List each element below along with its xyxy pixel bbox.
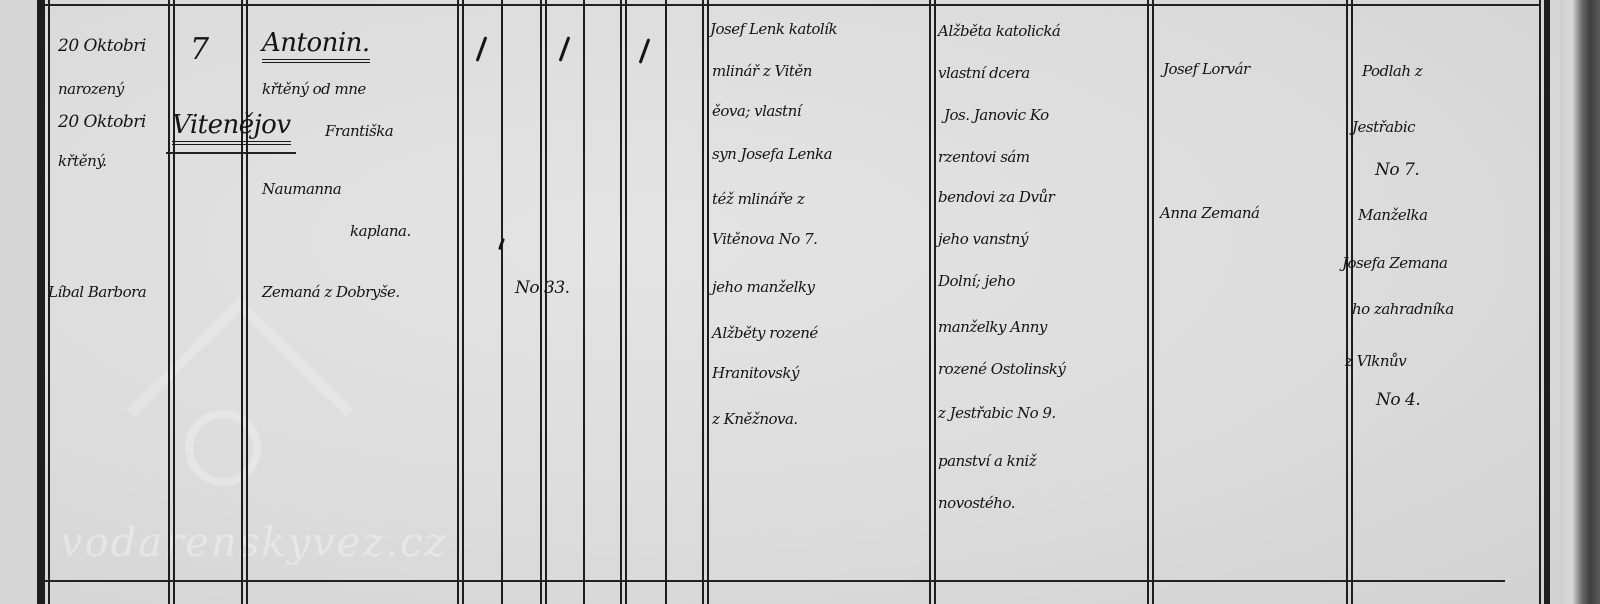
col-rule (457, 0, 459, 604)
tally-mark-legitimate (639, 38, 651, 63)
birth-label: narozený (58, 80, 124, 98)
bottom-rule (45, 580, 1505, 582)
right-border-thick (1544, 0, 1550, 604)
godparent-note-line: ho zahradníka (1352, 300, 1454, 318)
birth-date: 20 Oktobri (58, 36, 146, 56)
page-left-margin (0, 0, 37, 604)
locality: Vitenějov (172, 110, 291, 145)
register-page: vodarenskyvez.cz 20 Oktobri narozený 20 … (0, 0, 1560, 604)
father-line: Alžběty rozené (712, 324, 818, 342)
col-rule (934, 0, 936, 604)
col-rule (665, 0, 667, 604)
godparent-note-line: Josefa Zemana (1342, 254, 1447, 272)
col-rule (1152, 0, 1154, 604)
house-number: 7 (190, 32, 209, 67)
col-rule (246, 0, 248, 604)
father-line: Hranitovský (712, 364, 799, 382)
baptism-label: křtěný. (58, 152, 107, 170)
godparent-note-line: Podlah z (1362, 62, 1422, 80)
midwife-of: Zemaná z Dobryše. (262, 283, 400, 301)
mother-line: rzentovi sám (938, 148, 1030, 166)
locality-underline (166, 152, 296, 154)
father-line: syn Josefa Lenka (712, 145, 832, 163)
watermark-seal-icon (185, 410, 261, 486)
midwife-house: No 33. (515, 278, 570, 298)
mother-line: Jos. Janovic Ko (944, 106, 1049, 124)
baptizer-line-3: Naumanna (262, 180, 341, 198)
col-rule (173, 0, 175, 604)
godparent-note-line: Manželka (1358, 206, 1428, 224)
tally-mark-catholic (559, 36, 571, 61)
baptizer-line-2: Františka (325, 122, 393, 140)
mother-line: rozené Ostolinský (938, 360, 1065, 378)
col-rule (241, 0, 243, 604)
mother-line: bendovi za Dvůr (938, 188, 1054, 206)
baptism-date: 20 Oktobri (58, 112, 146, 132)
col-rule (1346, 0, 1348, 604)
col-rule (168, 0, 170, 604)
col-rule (929, 0, 931, 604)
father-line: též mlináře z (712, 190, 804, 208)
mother-line: z Jestřabic No 9. (938, 404, 1056, 422)
father-line: z Kněžnova. (712, 410, 798, 428)
col-rule (707, 0, 709, 604)
col-rule (540, 0, 542, 604)
tally-mark-boy (476, 36, 488, 61)
col-rule (702, 0, 704, 604)
col-rule (462, 0, 464, 604)
mother-line: Alžběta katolická (938, 22, 1060, 40)
mother-line: novostého. (938, 494, 1015, 512)
father-line: Vitěnova No 7. (712, 230, 817, 248)
father-line: mlinář z Vitěn (712, 62, 812, 80)
col-rule (620, 0, 622, 604)
col-rule (501, 0, 503, 604)
mother-line: manželky Anny (938, 318, 1047, 336)
mother-line: Dolní; jeho (938, 272, 1015, 290)
father-line: ěova; vlastní (712, 102, 801, 120)
col-rule (1147, 0, 1149, 604)
midwife-name: Líbal Barbora (48, 283, 146, 301)
baptizer-line-1: křtěný od mne (262, 80, 366, 98)
left-border-thin (48, 0, 50, 604)
col-rule (545, 0, 547, 604)
right-border-thin (1539, 0, 1541, 604)
child-name: Antonin. (262, 28, 370, 63)
watermark-text: vodarenskyvez.cz (60, 520, 448, 566)
col-rule (583, 0, 585, 604)
tally-mark-stray (498, 238, 505, 250)
mother-line: panství a kniž (938, 452, 1036, 470)
watermark-roof-icon (127, 297, 353, 523)
godparent-note-line: z Vlknův (1345, 352, 1406, 370)
mother-line: vlastní dcera (938, 64, 1030, 82)
mother-line: jeho vanstný (938, 230, 1028, 248)
godmother-name: Anna Zemaná (1160, 204, 1259, 222)
father-line: jeho manželky (712, 278, 814, 296)
godparent-note-line: No 4. (1376, 390, 1420, 410)
father-line: Josef Lenk katolík (710, 20, 837, 38)
top-rule (45, 4, 1540, 6)
col-rule (625, 0, 627, 604)
godparent-note-line: No 7. (1375, 160, 1419, 180)
book-binding-edge (1560, 0, 1600, 604)
baptizer-line-4: kaplana. (350, 222, 411, 240)
left-border-thick (37, 0, 45, 604)
godfather-name: Josef Lorvár (1163, 60, 1250, 78)
godparent-note-line: Jestřabic (1352, 118, 1415, 136)
